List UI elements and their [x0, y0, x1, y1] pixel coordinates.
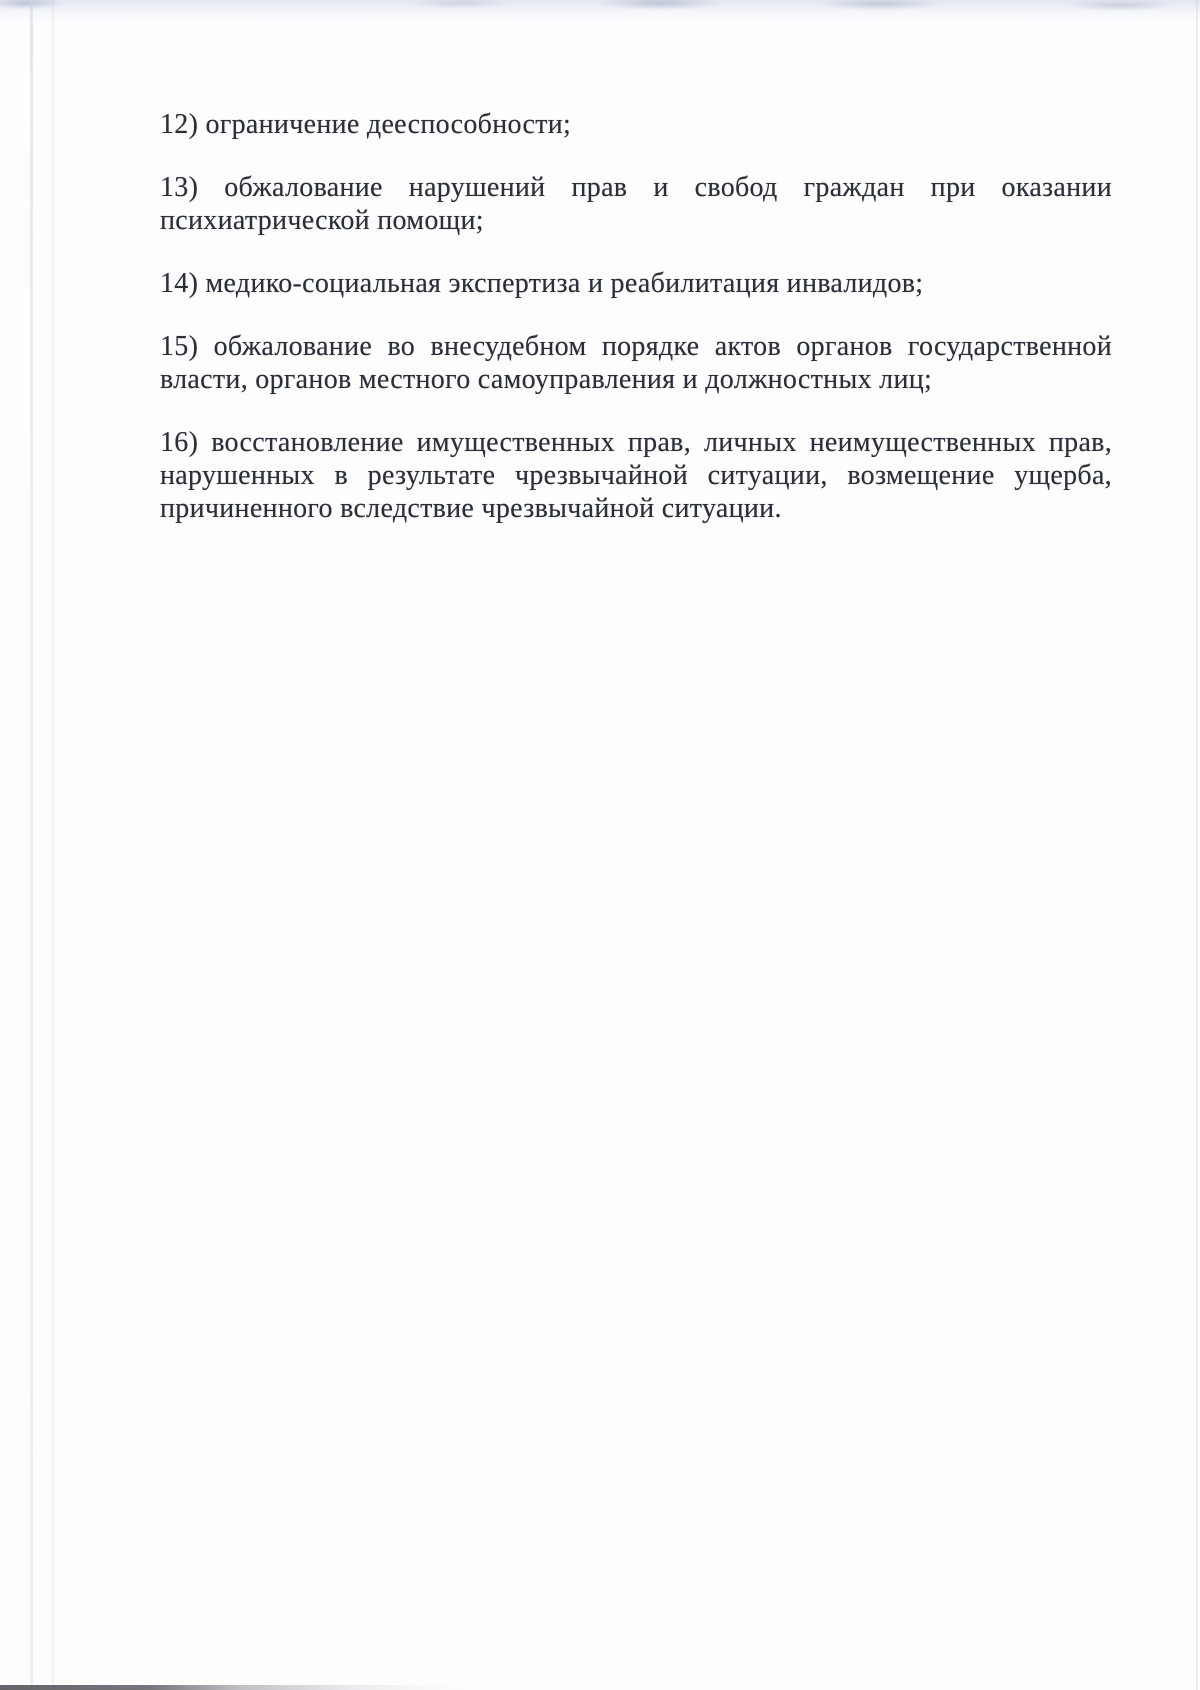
text-line: власти, органов местного самоуправления … [160, 363, 1112, 396]
paragraph-item-16: 16) восстановление имущественных прав, л… [160, 426, 1112, 525]
text-line: 16) восстановление имущественных прав, л… [160, 426, 1112, 459]
paragraph-item-14: 14) медико-социальная экспертиза и реаби… [160, 267, 1112, 300]
text-line: нарушенных в результате чрезвычайной сит… [160, 459, 1112, 492]
scan-artifact-bottom-left [0, 1685, 470, 1690]
text-line: 14) медико-социальная экспертиза и реаби… [160, 267, 1112, 300]
paragraph-item-12: 12) ограничение дееспособности; [160, 108, 1112, 141]
scan-line-left-edge [30, 0, 33, 1690]
text-line: 15) обжалование во внесудебном порядке а… [160, 330, 1112, 363]
text-line: причиненного вследствие чрезвычайной сит… [160, 492, 1112, 525]
paragraph-item-13: 13) обжалование нарушений прав и свобод … [160, 171, 1112, 237]
scan-line-left-edge-secondary [52, 0, 54, 1690]
text-line: психиатрической помощи; [160, 204, 1112, 237]
paragraph-item-15: 15) обжалование во внесудебном порядке а… [160, 330, 1112, 396]
scan-noise-top-edge [0, 0, 1200, 24]
text-line: 13) обжалование нарушений прав и свобод … [160, 171, 1112, 204]
text-line: 12) ограничение дееспособности; [160, 108, 1112, 141]
document-text-block: 12) ограничение дееспособности; 13) обжа… [160, 108, 1112, 555]
scan-line-right-edge [1196, 0, 1198, 1690]
scanned-document-page: { "colors": { "ink": "#2b2f38", "page_ba… [0, 0, 1200, 1690]
